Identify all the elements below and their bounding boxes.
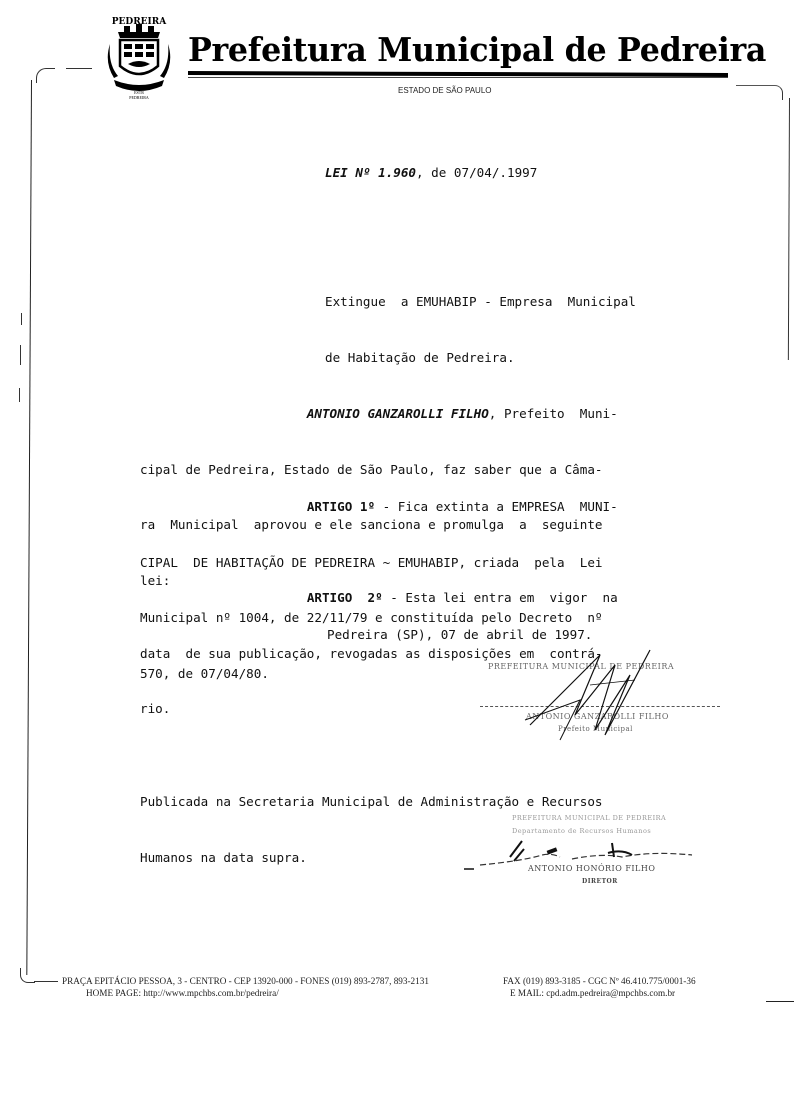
mayor-name: ANTONIO GANZAROLLI FILHO: [307, 406, 489, 421]
letterhead-state: ESTADO DE SÃO PAULO: [398, 86, 492, 95]
frame-corner-top-right: [736, 85, 783, 100]
svg-text:PEDREIRA: PEDREIRA: [129, 95, 149, 100]
municipal-crest-icon: PEDREIRA ESTR PEDREIRA: [106, 4, 172, 100]
law-summary: Extingue a EMUHABIP - Empresa Municipal …: [325, 256, 636, 386]
title-underline-thin: [188, 77, 728, 78]
director-stamp-name: ANTONIO HONÓRIO FILHO: [528, 864, 655, 873]
summary-line: Extingue a EMUHABIP - Empresa Municipal: [325, 293, 636, 312]
article-label: ARTIGO 2º: [307, 590, 383, 605]
publication-line: Publicada na Secretaria Municipal de Adm…: [140, 793, 603, 812]
footer-email: E MAIL: cpd.adm.pedreira@mpchbs.com.br: [510, 988, 675, 998]
footer-address: PRAÇA EPITÁCIO PESSOA, 3 - CENTRO - CEP …: [62, 976, 429, 986]
frame-line-bottom-right: [766, 1001, 794, 1002]
director-stamp-sub: Departamento de Recursos Humanos: [512, 827, 651, 835]
law-number: LEI Nº 1.960: [325, 165, 416, 180]
frame-dash-top-left: [66, 68, 92, 69]
article-label: ARTIGO 1º: [307, 499, 375, 514]
punch-mark: [20, 345, 21, 365]
footer-homepage: HOME PAGE: http://www.mpchbs.com.br/pedr…: [86, 988, 279, 998]
punch-mark: [21, 313, 22, 325]
frame-left-border: [26, 80, 32, 975]
frame-right-border: [788, 98, 790, 360]
preamble-first-line: ANTONIO GANZAROLLI FILHO, Prefeito Muni-: [140, 405, 618, 424]
summary-line: de Habitação de Pedreira.: [325, 349, 636, 368]
place-date: Pedreira (SP), 07 de abril de 1997.: [327, 626, 592, 645]
frame-corner-top-left: [36, 68, 55, 83]
director-stamp-role: DIRETOR: [582, 878, 618, 885]
punch-mark: [19, 388, 20, 402]
law-date: , de 07/04/.1997: [416, 165, 537, 180]
article-first-line: ARTIGO 1º - Fica extinta a EMPRESA MUNI-: [140, 498, 618, 517]
mayor-signature-icon: [520, 645, 660, 745]
frame-line-bottom-left: [34, 981, 58, 982]
frame-corner-bottom-left: [20, 968, 35, 983]
law-heading: LEI Nº 1.960, de 07/04/.1997: [325, 164, 537, 183]
article-first-line: ARTIGO 2º - Esta lei entra em vigor na: [140, 589, 618, 608]
letterhead-title: Prefeitura Municipal de Pedreira: [188, 30, 766, 69]
director-stamp-header: PREFEITURA MUNICIPAL DE PEDREIRA: [512, 814, 666, 822]
footer-fax-cgc: FAX (019) 893-3185 - CGC Nº 46.410.775/0…: [503, 976, 696, 986]
